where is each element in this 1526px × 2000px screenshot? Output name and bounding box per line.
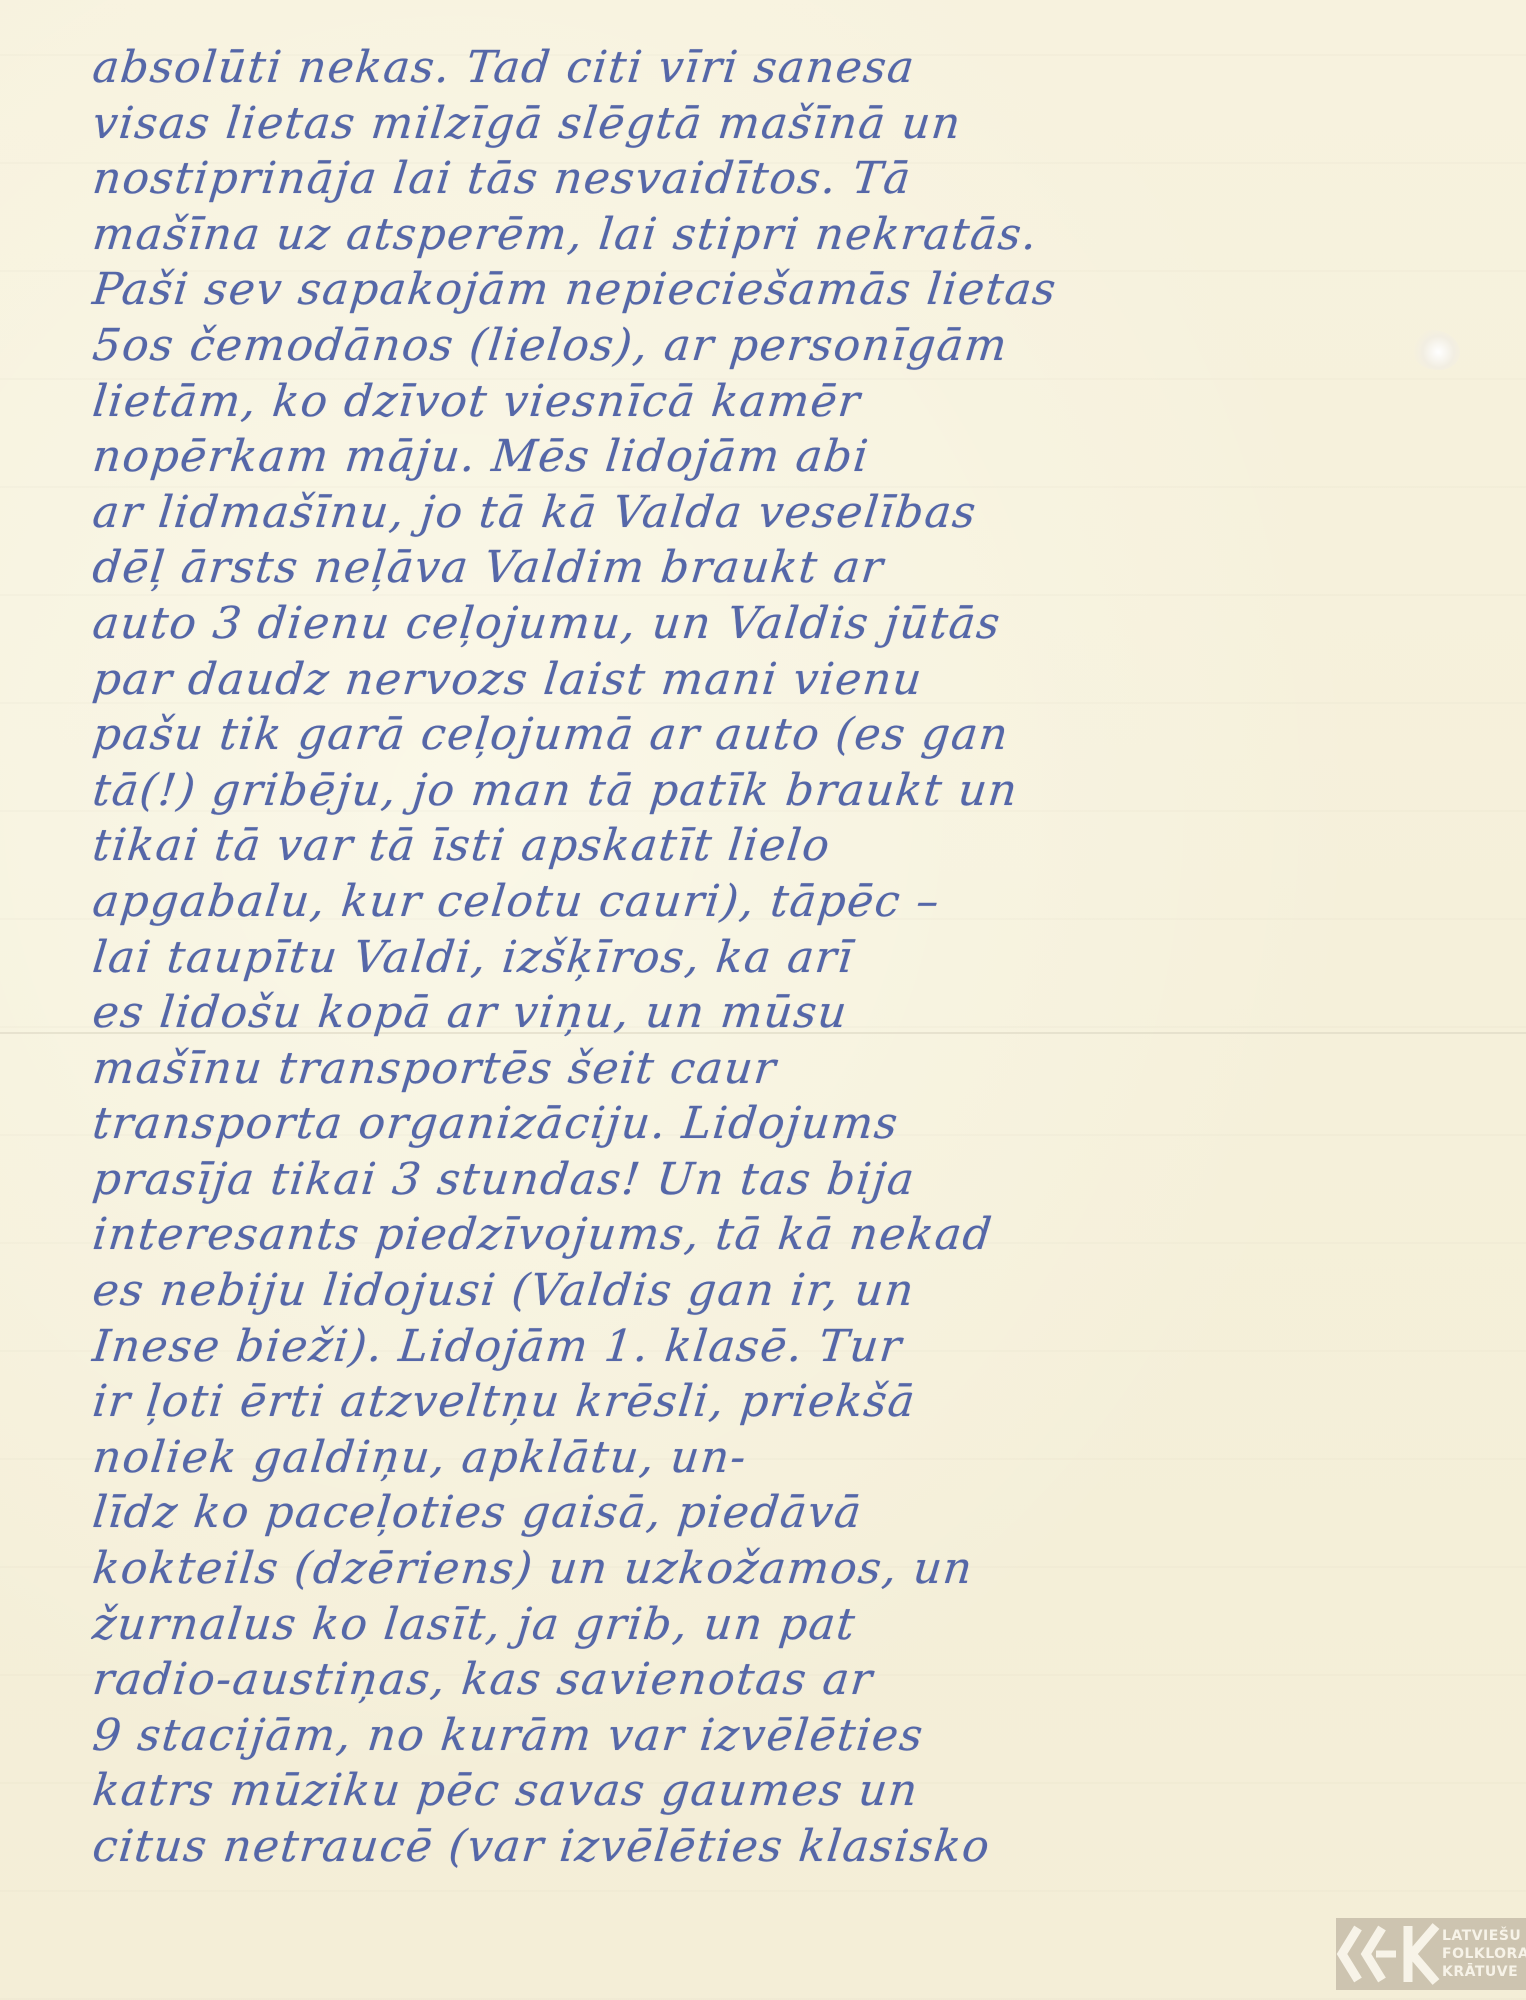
text-line: es lidošu kopā ar viņu, un mūsu — [90, 985, 1512, 1041]
text-line: mašīnu transportēs šeit caur — [90, 1041, 1512, 1097]
text-line: dēļ ārsts neļāva Valdim braukt ar — [90, 540, 1512, 596]
text-line: nostiprināja lai tās nesvaidītos. Tā — [90, 151, 1512, 207]
text-line: es nebiju lidojusi (Valdis gan ir, un — [90, 1263, 1512, 1319]
watermark-line-2: FOLKLORAS — [1442, 1945, 1526, 1963]
text-line: citus netraucē (var izvēlēties klasisko — [90, 1819, 1512, 1875]
text-line: katrs mūziku pēc savas gaumes un — [90, 1763, 1512, 1819]
text-line: tā(!) gribēju, jo man tā patīk braukt un — [90, 763, 1512, 819]
text-line: Inese bieži). Lidojām 1. klasē. Tur — [90, 1319, 1512, 1375]
text-line: noliek galdiņu, apklātu, un- — [90, 1430, 1512, 1486]
text-line: pašu tik garā ceļojumā ar auto (es gan — [90, 707, 1512, 763]
text-line: visas lietas milzīgā slēgtā mašīnā un — [90, 96, 1512, 152]
text-line: lietām, ko dzīvot viesnīcā kamēr — [90, 374, 1512, 430]
lfk-logo-icon — [1336, 1918, 1440, 1990]
handwritten-text: absolūti nekas. Tad citi vīri sanesa vis… — [90, 40, 1506, 1875]
text-line: ir ļoti ērti atzveltņu krēsli, priekšā — [90, 1374, 1512, 1430]
text-line: interesants piedzīvojums, tā kā nekad — [90, 1207, 1512, 1263]
text-line: par daudz nervozs laist mani vienu — [90, 652, 1512, 708]
text-line: absolūti nekas. Tad citi vīri sanesa — [90, 40, 1512, 96]
text-line: kokteils (dzēriens) un uzkožamos, un — [90, 1541, 1512, 1597]
text-line: nopērkam māju. Mēs lidojām abi — [90, 429, 1512, 485]
text-line: 5os čemodānos (lielos), ar personīgām — [90, 318, 1512, 374]
text-line: ar lidmašīnu, jo tā kā Valda veselības — [90, 485, 1512, 541]
archive-watermark-logo: LATVIEŠU FOLKLORAS KRĀTUVE — [1336, 1918, 1526, 1990]
text-line: lai taupītu Valdi, izšķīros, ka arī — [90, 930, 1512, 986]
letter-page: absolūti nekas. Tad citi vīri sanesa vis… — [0, 0, 1526, 2000]
text-line: Paši sev sapakojām nepieciešamās lietas — [90, 262, 1512, 318]
text-line: tikai tā var tā īsti apskatīt lielo — [90, 818, 1512, 874]
text-line: prasīja tikai 3 stundas! Un tas bija — [90, 1152, 1512, 1208]
text-line: radio-austiņas, kas savienotas ar — [90, 1652, 1512, 1708]
text-line: auto 3 dienu ceļojumu, un Valdis jūtās — [90, 596, 1512, 652]
watermark-line-1: LATVIEŠU — [1442, 1927, 1526, 1945]
text-line: apgabalu, kur celotu cauri), tāpēc – — [90, 874, 1512, 930]
text-line: transporta organizāciju. Lidojums — [90, 1096, 1512, 1152]
watermark-line-3: KRĀTUVE — [1442, 1963, 1526, 1981]
text-line: līdz ko paceļoties gaisā, piedāvā — [90, 1485, 1512, 1541]
text-line: 9 stacijām, no kurām var izvēlēties — [90, 1708, 1512, 1764]
watermark-text: LATVIEŠU FOLKLORAS KRĀTUVE — [1442, 1927, 1526, 1981]
text-line: žurnalus ko lasīt, ja grib, un pat — [90, 1597, 1512, 1653]
text-line: mašīna uz atsperēm, lai stipri nekratās. — [90, 207, 1512, 263]
